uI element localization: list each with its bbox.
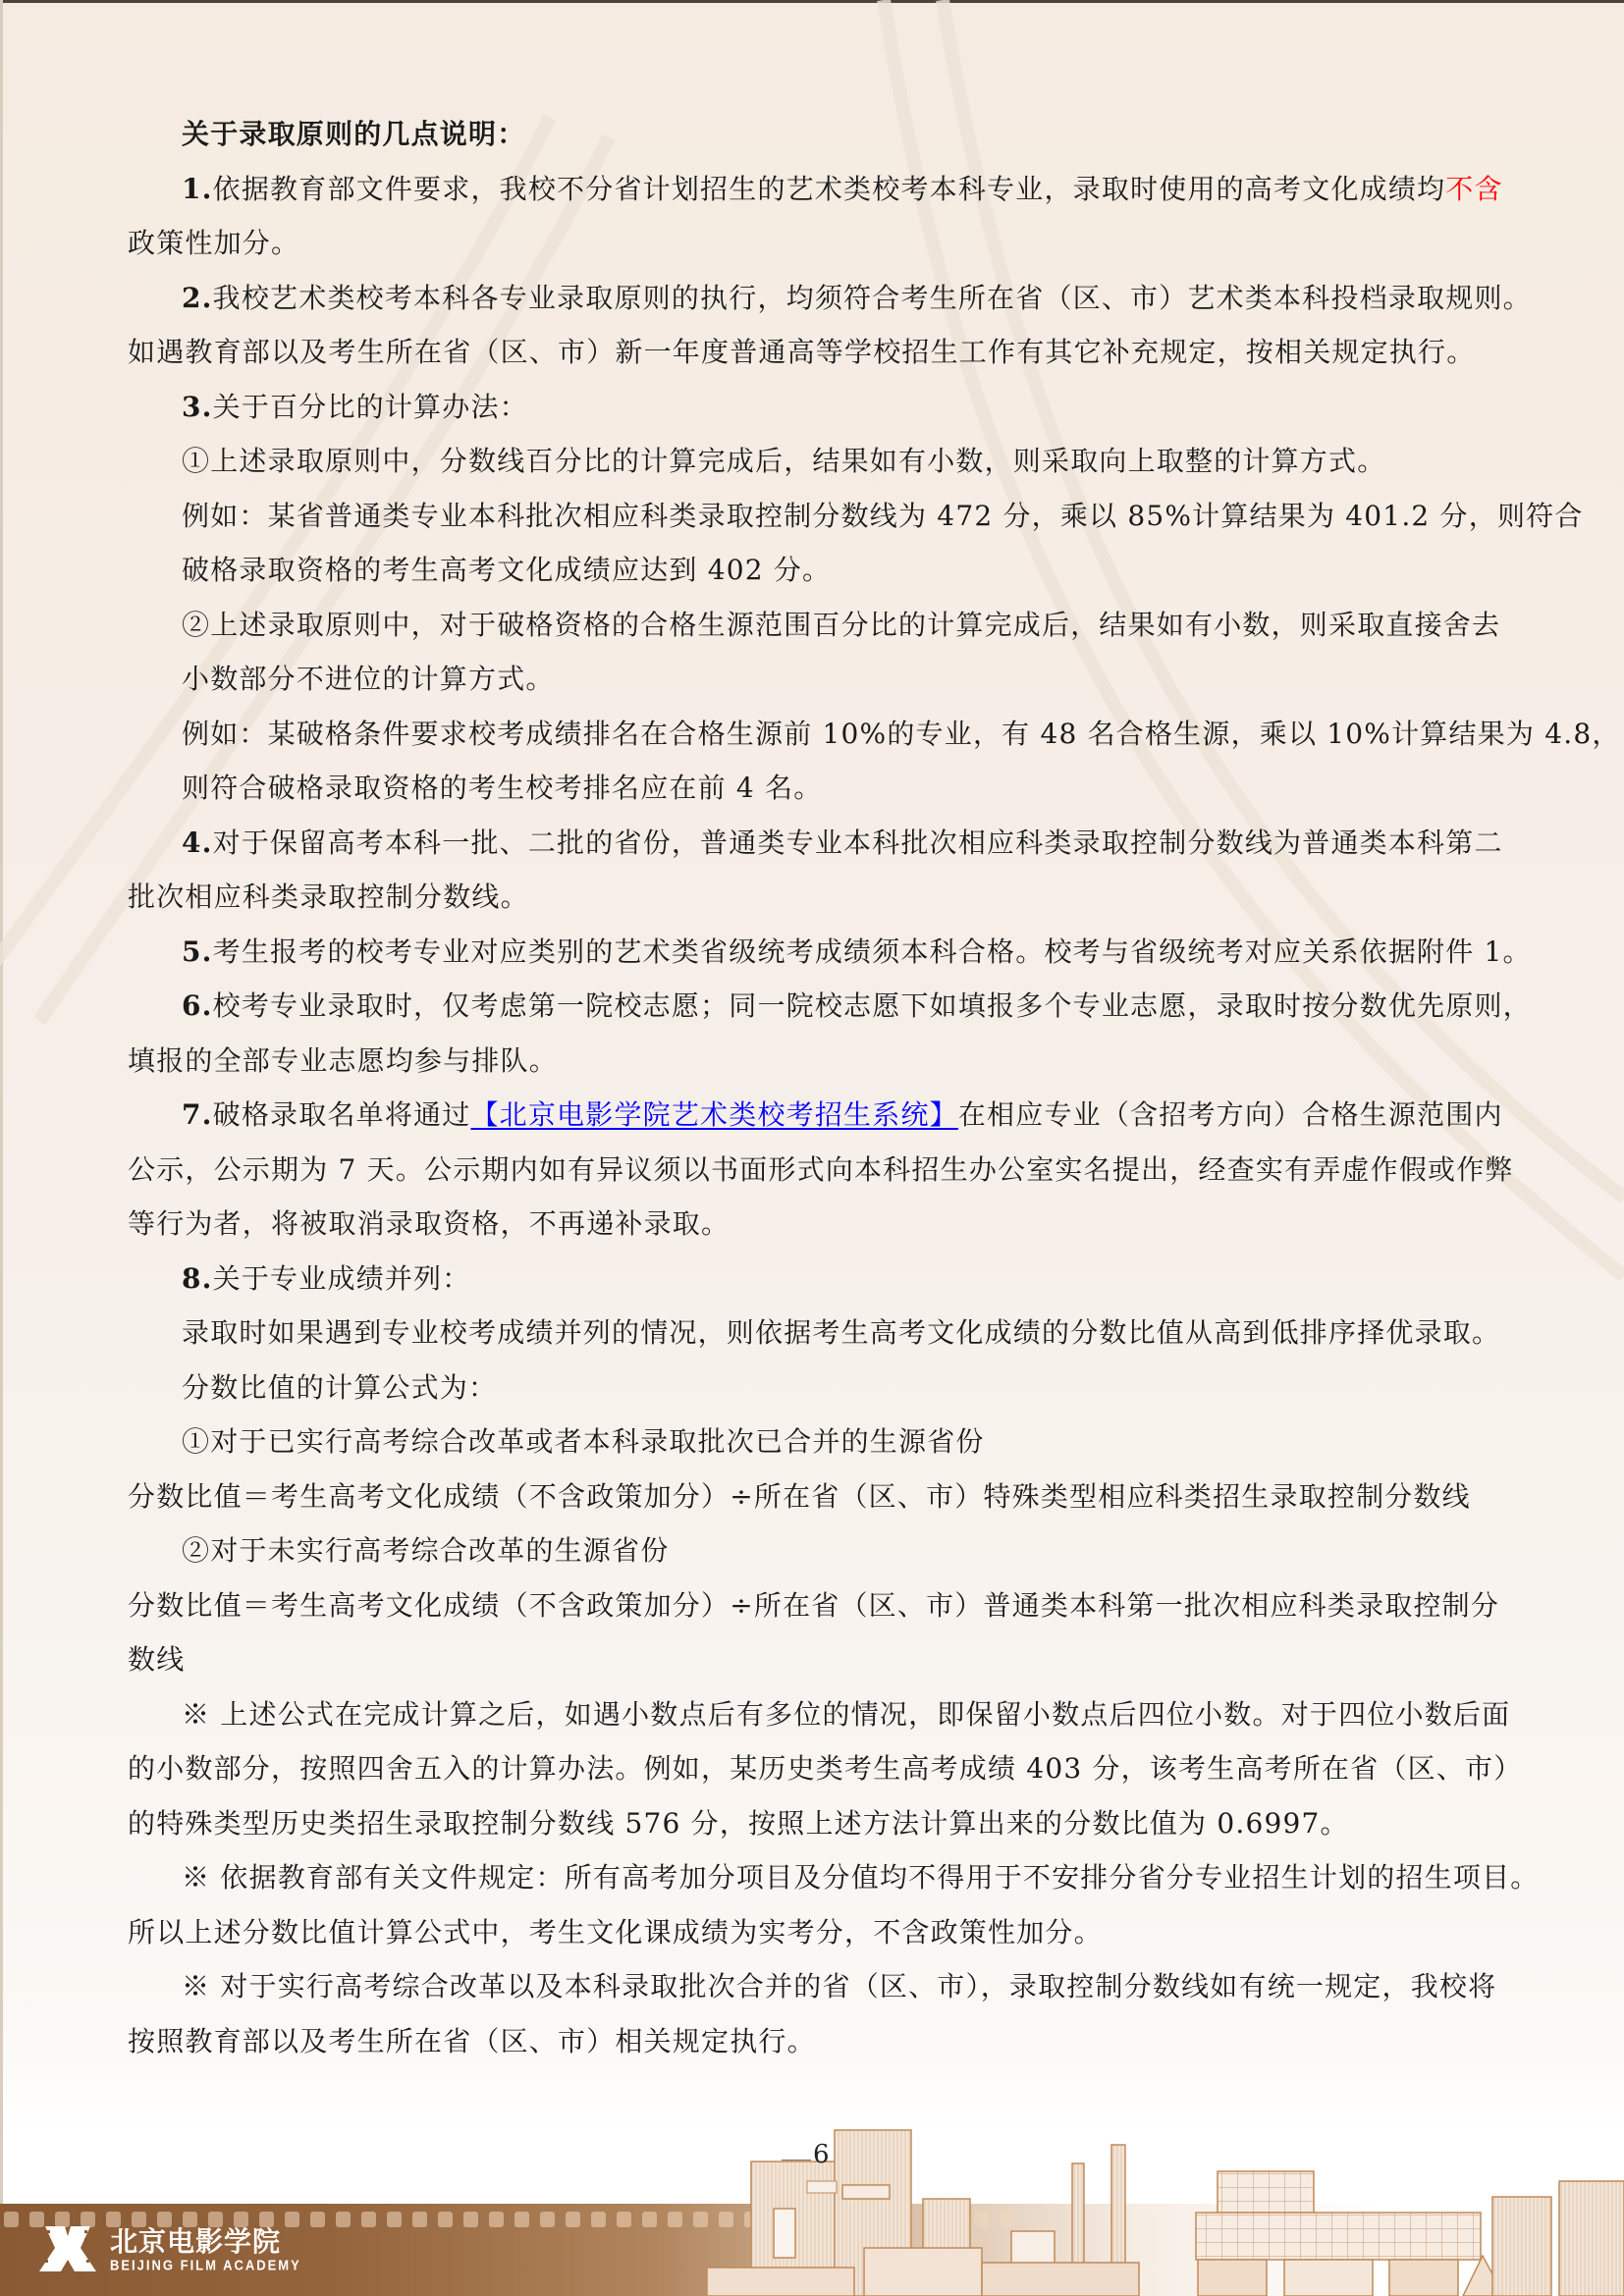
paragraph-line: 小数部分不进位的计算方式。 bbox=[0, 652, 1624, 707]
line-text: ※ 对于实行高考综合改革以及本科录取批次合并的省（区、市），录取控制分数线如有统… bbox=[182, 1970, 1496, 2002]
line-text: 小数部分不进位的计算方式。 bbox=[182, 663, 555, 695]
line-text: 关于专业成绩并列： bbox=[213, 1262, 471, 1295]
line-text: 分数比值＝考生高考文化成绩（不含政策加分）÷所在省（区、市）特殊类型相应科类招生… bbox=[128, 1480, 1471, 1513]
line-text: 按照教育部以及考生所在省（区、市）相关规定执行。 bbox=[128, 2025, 816, 2057]
paragraph-line: 1.依据教育部文件要求，我校不分省计划招生的艺术类校考本科专业，录取时使用的高考… bbox=[0, 162, 1624, 217]
line-text: ※ 依据教育部有关文件规定：所有高考加分项目及分值均不得用于不安排分省分专业招生… bbox=[182, 1861, 1540, 1894]
paragraph-line: 8.关于专业成绩并列： bbox=[0, 1252, 1624, 1307]
paragraph-line: ①上述录取原则中，分数线百分比的计算完成后，结果如有小数，则采取向上取整的计算方… bbox=[0, 434, 1624, 489]
line-text: 数线 bbox=[128, 1643, 185, 1676]
item-number: 6. bbox=[182, 989, 213, 1022]
line-text: 例如：某破格条件要求校考成绩排名在合格生源前 10%的专业，有 48 名合格生源… bbox=[182, 718, 1621, 750]
paragraph-line: 6.校考专业录取时，仅考虑第一院校志愿；同一院校志愿下如填报多个专业志愿，录取时… bbox=[0, 979, 1624, 1034]
page-top-border bbox=[0, 0, 1624, 3]
line-text: ※ 上述公式在完成计算之后，如遇小数点后有多位的情况，即保留小数点后四位小数。对… bbox=[182, 1698, 1510, 1731]
line-text: 对于保留高考本科一批、二批的省份，普通类专业本科批次相应科类录取控制分数线为普通… bbox=[213, 827, 1503, 859]
line-text: 的小数部分，按照四舍五入的计算办法。例如，某历史类考生高考成绩 403 分，该考… bbox=[128, 1752, 1522, 1785]
campus-skyline-illustration bbox=[687, 2091, 1624, 2296]
page-number-rule bbox=[782, 2160, 811, 2161]
page-number: 6 bbox=[813, 2140, 830, 2169]
line-text: 则符合破格录取资格的考生校考排名应在前 4 名。 bbox=[182, 772, 822, 804]
beijing-film-academy-logo: 北京电影学院 BEIJING FILM ACADEMY bbox=[35, 2226, 301, 2271]
paragraph-line: 4.对于保留高考本科一批、二批的省份，普通类专业本科批次相应科类录取控制分数线为… bbox=[0, 816, 1624, 871]
note-line: ※ 依据教育部有关文件规定：所有高考加分项目及分值均不得用于不安排分省分专业招生… bbox=[0, 1850, 1624, 1905]
heading-text: 关于录取原则的几点说明： bbox=[182, 118, 525, 150]
emphasis-text: 不含 bbox=[1445, 173, 1502, 205]
line-text: 公示，公示期为 7 天。公示期内如有异议须以书面形式向本科招生办公室实名提出，经… bbox=[128, 1153, 1514, 1186]
line-text: 填报的全部专业志愿均参与排队。 bbox=[128, 1044, 558, 1077]
note-line: 所以上述分数比值计算公式中，考生文化课成绩为实考分，不含政策性加分。 bbox=[0, 1905, 1624, 1960]
line-text: ①上述录取原则中，分数线百分比的计算完成后，结果如有小数，则采取向上取整的计算方… bbox=[182, 445, 1385, 477]
line-text: ②对于未实行高考综合改革的生源省份 bbox=[182, 1534, 669, 1567]
paragraph-line: 录取时如果遇到专业校考成绩并列的情况，则依据考生高考文化成绩的分数比值从高到低排… bbox=[0, 1306, 1624, 1361]
note-line: 的小数部分，按照四舍五入的计算办法。例如，某历史类考生高考成绩 403 分，该考… bbox=[0, 1741, 1624, 1796]
item-number: 4. bbox=[182, 827, 213, 859]
line-text: 校考专业录取时，仅考虑第一院校志愿；同一院校志愿下如填报多个专业志愿，录取时按分… bbox=[213, 989, 1532, 1022]
paragraph-line: 公示，公示期为 7 天。公示期内如有异议须以书面形式向本科招生办公室实名提出，经… bbox=[0, 1143, 1624, 1198]
line-text: 分数比值＝考生高考文化成绩（不含政策加分）÷所在省（区、市）普通类本科第一批次相… bbox=[128, 1589, 1499, 1622]
note-line: 按照教育部以及考生所在省（区、市）相关规定执行。 bbox=[0, 2014, 1624, 2069]
paragraph-line: 7.破格录取名单将通过【北京电影学院艺术类校考招生系统】在相应专业（含招考方向）… bbox=[0, 1088, 1624, 1143]
line-text: 的特殊类型历史类招生录取控制分数线 576 分，按照上述方法计算出来的分数比值为… bbox=[128, 1807, 1349, 1840]
line-text: 依据教育部文件要求，我校不分省计划招生的艺术类校考本科专业，录取时使用的高考文化… bbox=[213, 173, 1446, 205]
line-text: ①对于已实行高考综合改革或者本科录取批次已合并的生源省份 bbox=[182, 1425, 985, 1458]
line-text: 等行为者，将被取消录取资格，不再递补录取。 bbox=[128, 1207, 730, 1240]
formula-line: 数线 bbox=[0, 1632, 1624, 1687]
admission-system-link[interactable]: 【北京电影学院艺术类校考招生系统】 bbox=[470, 1098, 957, 1131]
paragraph-line: 等行为者，将被取消录取资格，不再递补录取。 bbox=[0, 1197, 1624, 1252]
line-text: 关于百分比的计算办法： bbox=[213, 391, 528, 423]
item-number: 8. bbox=[182, 1262, 213, 1295]
line-text: 考生报考的校考专业对应类别的艺术类省级统考成绩须本科合格。校考与省级统考对应关系… bbox=[213, 935, 1532, 968]
paragraph-line: 例如：某省普通类专业本科批次相应科类录取控制分数线为 472 分，乘以 85%计… bbox=[0, 489, 1624, 544]
formula-line: 分数比值＝考生高考文化成绩（不含政策加分）÷所在省（区、市）特殊类型相应科类招生… bbox=[0, 1469, 1624, 1524]
paragraph-line: 5.考生报考的校考专业对应类别的艺术类省级统考成绩须本科合格。校考与省级统考对应… bbox=[0, 925, 1624, 980]
logo-english-name: BEIJING FILM ACADEMY bbox=[110, 2258, 301, 2273]
line-text: ②上述录取原则中，对于破格资格的合格生源范围百分比的计算完成后，结果如有小数，则… bbox=[182, 609, 1500, 641]
line-text: 分数比值的计算公式为： bbox=[182, 1371, 497, 1404]
paragraph-line: 分数比值的计算公式为： bbox=[0, 1361, 1624, 1415]
logo-chinese-name: 北京电影学院 bbox=[110, 2226, 301, 2258]
line-text: 政策性加分。 bbox=[128, 227, 299, 259]
paragraph-line: 如遇教育部以及考生所在省（区、市）新一年度普通高等学校招生工作有其它补充规定，按… bbox=[0, 325, 1624, 380]
item-number: 7. bbox=[182, 1098, 213, 1131]
line-text: 破格录取名单将通过 bbox=[213, 1098, 471, 1131]
item-number: 3. bbox=[182, 391, 213, 423]
item-number: 2. bbox=[182, 282, 213, 314]
paragraph-line: ②对于未实行高考综合改革的生源省份 bbox=[0, 1523, 1624, 1578]
paragraph-line: 2.我校艺术类校考本科各专业录取原则的执行，均须符合考生所在省（区、市）艺术类本… bbox=[0, 271, 1624, 326]
paragraph-line: ①对于已实行高考综合改革或者本科录取批次已合并的生源省份 bbox=[0, 1415, 1624, 1469]
line-text: 录取时如果遇到专业校考成绩并列的情况，则依据考生高考文化成绩的分数比值从高到低排… bbox=[182, 1316, 1500, 1349]
document-body: 关于录取原则的几点说明： 1.依据教育部文件要求，我校不分省计划招生的艺术类校考… bbox=[0, 107, 1624, 2068]
item-number: 5. bbox=[182, 935, 213, 968]
line-text: 如遇教育部以及考生所在省（区、市）新一年度普通高等学校招生工作有其它补充规定，按… bbox=[128, 336, 1475, 368]
paragraph-line: ②上述录取原则中，对于破格资格的合格生源范围百分比的计算完成后，结果如有小数，则… bbox=[0, 598, 1624, 653]
section-heading: 关于录取原则的几点说明： bbox=[0, 107, 1624, 162]
paragraph-line: 例如：某破格条件要求校考成绩排名在合格生源前 10%的专业，有 48 名合格生源… bbox=[0, 707, 1624, 762]
paragraph-line: 则符合破格录取资格的考生校考排名应在前 4 名。 bbox=[0, 761, 1624, 816]
note-line: ※ 上述公式在完成计算之后，如遇小数点后有多位的情况，即保留小数点后四位小数。对… bbox=[0, 1687, 1624, 1742]
paragraph-line: 填报的全部专业志愿均参与排队。 bbox=[0, 1034, 1624, 1089]
formula-line: 分数比值＝考生高考文化成绩（不含政策加分）÷所在省（区、市）普通类本科第一批次相… bbox=[0, 1578, 1624, 1633]
line-text: 我校艺术类校考本科各专业录取原则的执行，均须符合考生所在省（区、市）艺术类本科投… bbox=[213, 282, 1532, 314]
line-text: 所以上述分数比值计算公式中，考生文化课成绩为实考分，不含政策性加分。 bbox=[128, 1916, 1103, 1949]
note-line: ※ 对于实行高考综合改革以及本科录取批次合并的省（区、市），录取控制分数线如有统… bbox=[0, 1959, 1624, 2014]
paragraph-line: 批次相应科类录取控制分数线。 bbox=[0, 870, 1624, 925]
line-text: 批次相应科类录取控制分数线。 bbox=[128, 881, 529, 913]
paragraph-line: 3.关于百分比的计算办法： bbox=[0, 380, 1624, 435]
line-text: 例如：某省普通类专业本科批次相应科类录取控制分数线为 472 分，乘以 85%计… bbox=[182, 500, 1584, 532]
note-line: 的特殊类型历史类招生录取控制分数线 576 分，按照上述方法计算出来的分数比值为… bbox=[0, 1796, 1624, 1851]
star-film-logo-icon bbox=[35, 2226, 100, 2271]
item-number: 1. bbox=[182, 173, 213, 205]
line-text: 在相应专业（含招考方向）合格生源范围内 bbox=[958, 1098, 1503, 1131]
paragraph-line: 破格录取资格的考生高考文化成绩应达到 402 分。 bbox=[0, 543, 1624, 598]
line-text: 破格录取资格的考生高考文化成绩应达到 402 分。 bbox=[182, 554, 831, 586]
paragraph-line: 政策性加分。 bbox=[0, 216, 1624, 271]
